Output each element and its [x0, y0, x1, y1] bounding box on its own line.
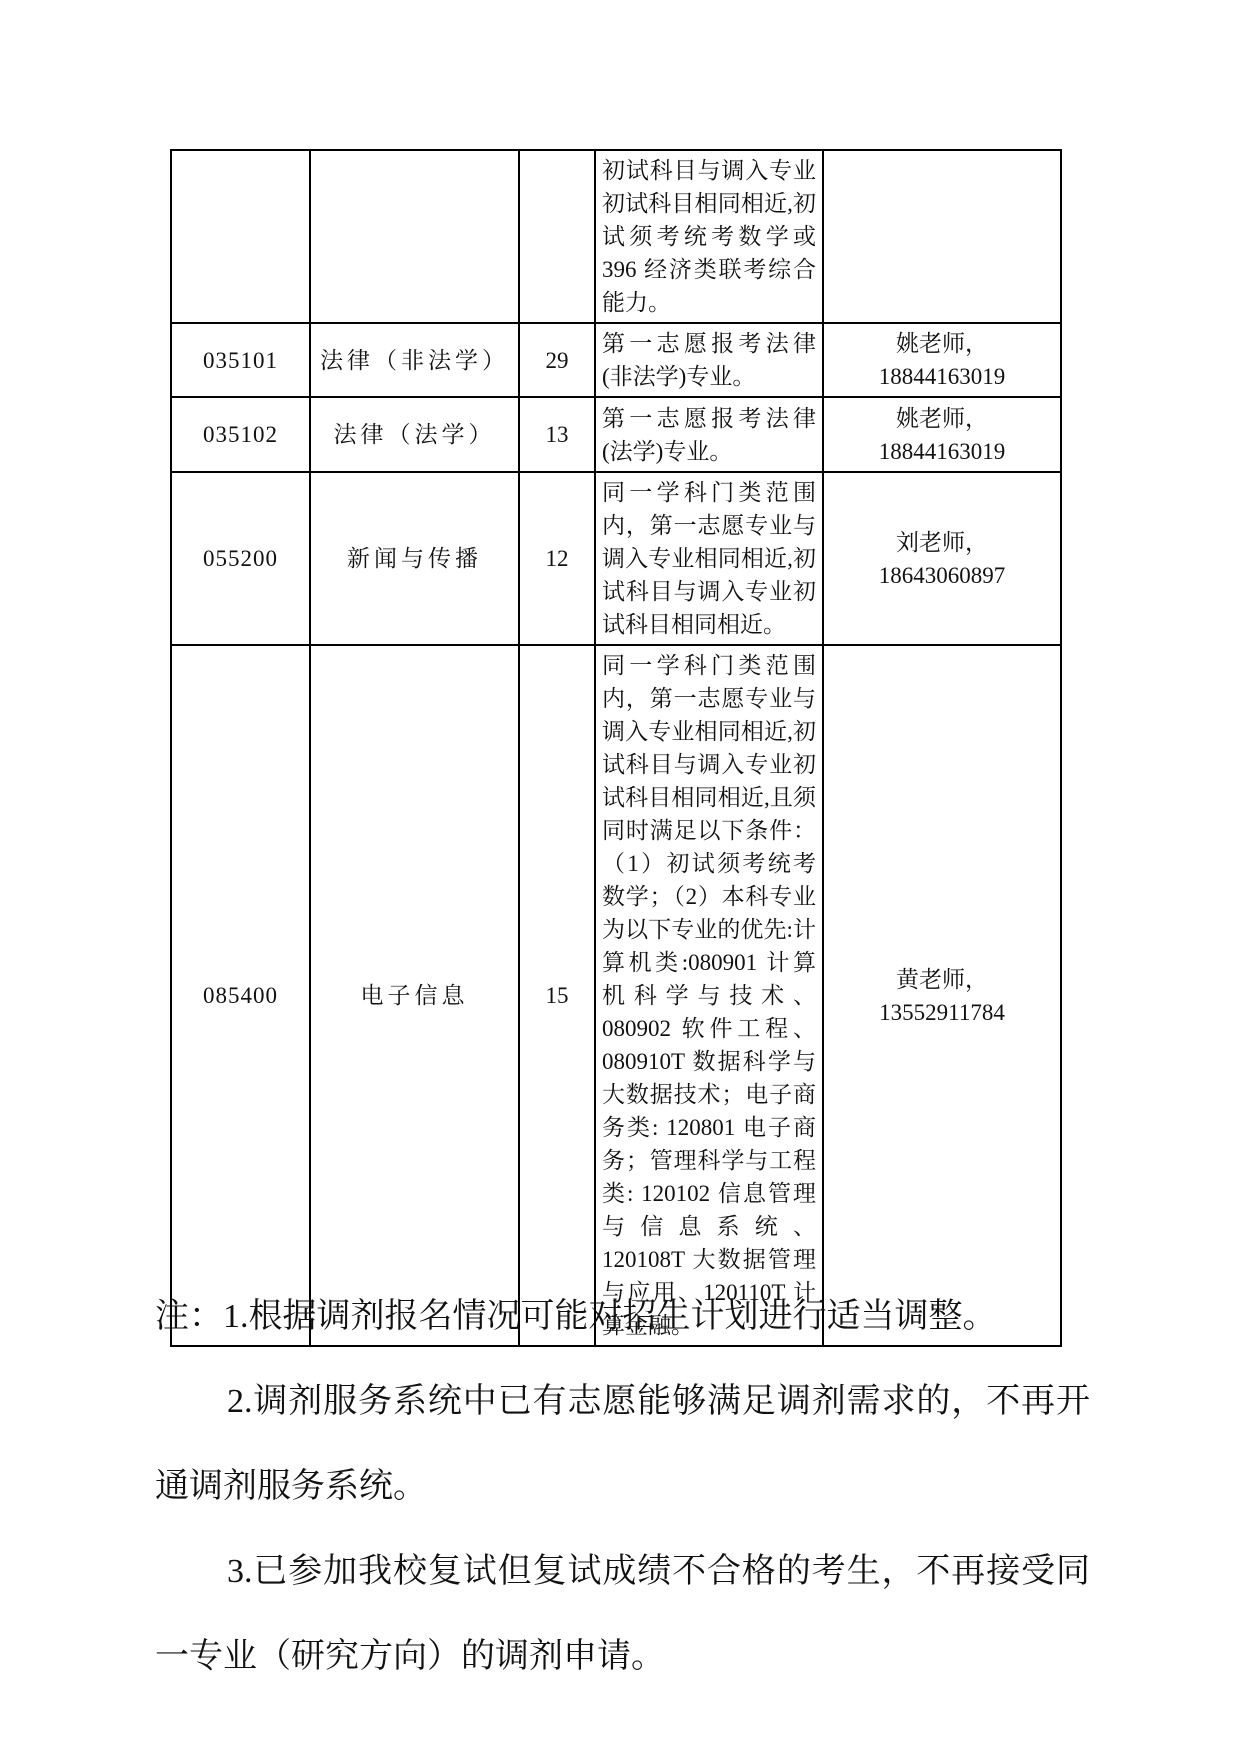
cell-major: 法律（法学）: [310, 397, 519, 472]
cell-major: [310, 150, 519, 323]
table-row-055200: 055200 新闻与传播 12 同一学科门类范围内，第一志愿专业与调入专业相同相…: [171, 472, 1061, 645]
cell-code: 085400: [171, 645, 310, 1346]
note-2: 2.调剂服务系统中已有志愿能够满足调剂需求的，不再开通调剂服务系统。: [155, 1359, 1090, 1529]
cell-quota: 15: [519, 645, 595, 1346]
cell-requirement: 同一学科门类范围内，第一志愿专业与调入专业相同相近,初试科目与调入专业初试科目相…: [595, 472, 823, 645]
cell-requirement: 第一志愿报考法律(法学)专业。: [595, 397, 823, 472]
table-row-035102: 035102 法律（法学） 13 第一志愿报考法律(法学)专业。 姚老师， 18…: [171, 397, 1061, 472]
notes-section: 注：1.根据调剂报名情况可能对招生计划进行适当调整。 2.调剂服务系统中已有志愿…: [155, 1274, 1090, 1699]
document-page: 初试科目与调入专业初试科目相同相近,初试须考统考数学或396 经济类联考综合能力…: [0, 0, 1240, 1753]
cell-quota: 29: [519, 323, 595, 397]
cell-requirement: 同一学科门类范围内，第一志愿专业与调入专业相同相近,初试科目与调入专业初试科目相…: [595, 645, 823, 1346]
cell-code: 035102: [171, 397, 310, 472]
cell-major: 新闻与传播: [310, 472, 519, 645]
cell-major: 法律（非法学）: [310, 323, 519, 397]
cell-contact: 姚老师， 18844163019: [823, 397, 1061, 472]
table-row-continued: 初试科目与调入专业初试科目相同相近,初试须考统考数学或396 经济类联考综合能力…: [171, 150, 1061, 323]
cell-code: 035101: [171, 323, 310, 397]
cell-contact: 姚老师， 18844163019: [823, 323, 1061, 397]
note-3: 3.已参加我校复试但复试成绩不合格的考生，不再接受同一专业（研究方向）的调剂申请…: [155, 1529, 1090, 1699]
cell-code: 055200: [171, 472, 310, 645]
cell-quota: 13: [519, 397, 595, 472]
cell-quota: [519, 150, 595, 323]
cell-requirement: 初试科目与调入专业初试科目相同相近,初试须考统考数学或396 经济类联考综合能力…: [595, 150, 823, 323]
adjustment-table: 初试科目与调入专业初试科目相同相近,初试须考统考数学或396 经济类联考综合能力…: [170, 149, 1062, 1347]
table-row-085400: 085400 电子信息 15 同一学科门类范围内，第一志愿专业与调入专业相同相近…: [171, 645, 1061, 1346]
table-row-035101: 035101 法律（非法学） 29 第一志愿报考法律(非法学)专业。 姚老师， …: [171, 323, 1061, 397]
cell-contact: [823, 150, 1061, 323]
cell-contact: 刘老师， 18643060897: [823, 472, 1061, 645]
cell-quota: 12: [519, 472, 595, 645]
cell-contact: 黄老师， 13552911784: [823, 645, 1061, 1346]
cell-code: [171, 150, 310, 323]
cell-requirement: 第一志愿报考法律(非法学)专业。: [595, 323, 823, 397]
cell-major: 电子信息: [310, 645, 519, 1346]
note-1: 注：1.根据调剂报名情况可能对招生计划进行适当调整。: [155, 1274, 1090, 1359]
